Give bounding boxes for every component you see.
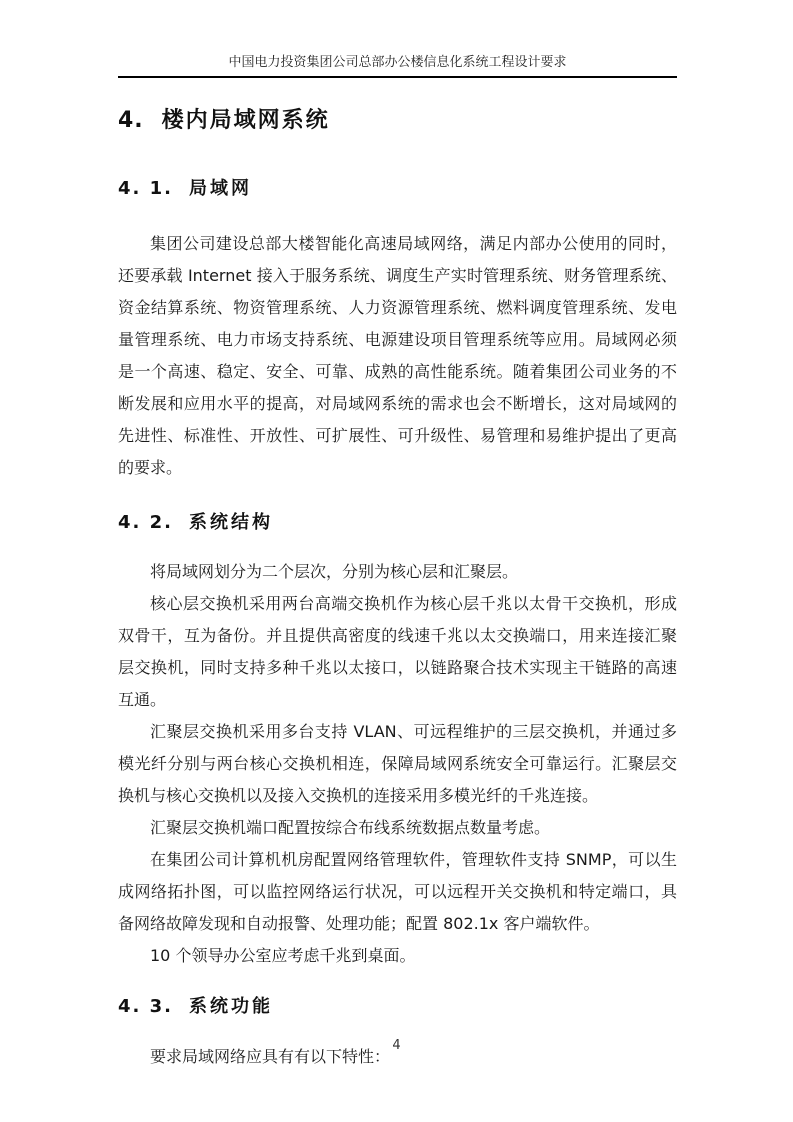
section-number: 4. 3. <box>118 994 173 1020</box>
paragraph: 10 个领导办公室应考虑千兆到桌面。 <box>118 940 677 972</box>
paragraph: 将局域网划分为二个层次，分别为核心层和汇聚层。 <box>118 556 677 588</box>
section-title: 系统功能 <box>189 994 273 1020</box>
page-number: 4 <box>0 1038 793 1053</box>
chapter-title: 楼内局域网系统 <box>162 106 330 136</box>
running-head-title: 中国电力投资集团公司总部办公楼信息化系统工程设计要求 <box>228 55 566 70</box>
section-number: 4. 2. <box>118 510 173 536</box>
section-title: 系统结构 <box>189 510 273 536</box>
section-heading-4-2: 4. 2. 系统结构 <box>118 510 677 536</box>
document-body: 4. 楼内局域网系统 4. 1. 局域网 集团公司建设总部大楼智能化高速局域网络… <box>118 77 677 1073</box>
paragraph: 核心层交换机采用两台高端交换机作为核心层千兆以太骨干交换机，形成双骨干，互为备份… <box>118 588 677 716</box>
section-number: 4. 1. <box>118 176 173 202</box>
paragraph: 集团公司建设总部大楼智能化高速局域网络，满足内部办公使用的同时，还要承载 Int… <box>118 228 677 484</box>
section-heading-4-3: 4. 3. 系统功能 <box>118 994 677 1020</box>
section-title: 局域网 <box>189 176 252 202</box>
chapter-heading: 4. 楼内局域网系统 <box>118 106 677 136</box>
page-header: 中国电力投资集团公司总部办公楼信息化系统工程设计要求 <box>118 54 677 78</box>
section-heading-4-1: 4. 1. 局域网 <box>118 176 677 202</box>
paragraph: 汇聚层交换机采用多台支持 VLAN、可远程维护的三层交换机，并通过多模光纤分别与… <box>118 716 677 812</box>
paragraph: 汇聚层交换机端口配置按综合布线系统数据点数量考虑。 <box>118 812 677 844</box>
document-page: 中国电力投资集团公司总部办公楼信息化系统工程设计要求 4. 楼内局域网系统 4.… <box>0 0 793 1122</box>
page-number-value: 4 <box>392 1038 400 1053</box>
paragraph: 在集团公司计算机机房配置网络管理软件，管理软件支持 SNMP，可以生成网络拓扑图… <box>118 844 677 940</box>
chapter-number: 4. <box>118 106 144 136</box>
